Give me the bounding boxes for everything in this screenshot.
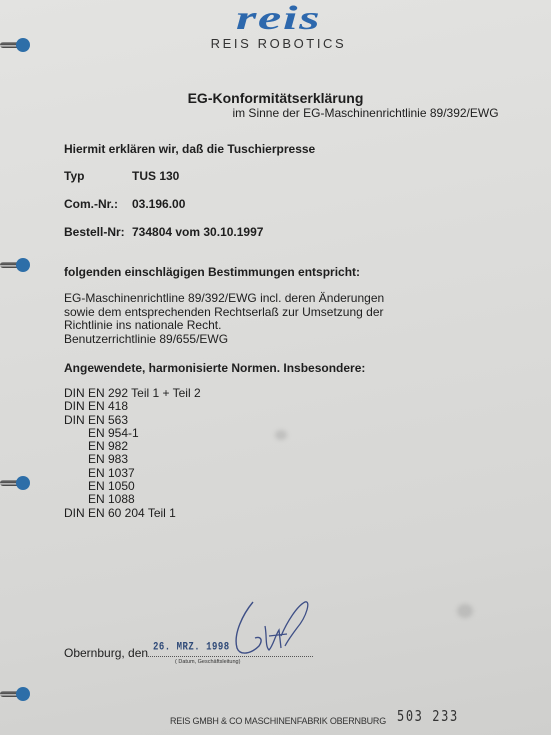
norms-heading: Angewendete, harmonisierte Normen. Insbe…	[64, 361, 365, 375]
smudge	[457, 604, 473, 618]
signature	[225, 596, 315, 658]
provisions-line: sowie dem entsprechenden Rechtserlaß zur…	[64, 306, 384, 320]
smudge	[275, 430, 287, 440]
signature-line	[148, 656, 313, 657]
logo-mark: reis	[166, 6, 391, 32]
intro-text: Hiermit erklären wir, daß die Tuschierpr…	[64, 142, 315, 156]
signature-caption: ( Datum, Geschäftsleitung)	[175, 659, 240, 665]
norm-item: EN 1037	[64, 467, 201, 480]
field-label-order-nr: Bestell-Nr:	[64, 225, 125, 239]
company-footer: REIS GMBH & CO MASCHINENFABRIK OBERNBURG	[170, 716, 386, 726]
provisions-heading: folgenden einschlägigen Bestimmungen ent…	[64, 265, 360, 279]
norm-item: DIN EN 563	[64, 414, 201, 427]
provisions-line: Richtlinie ins nationale Recht.	[64, 319, 384, 333]
field-label-com-nr: Com.-Nr.:	[64, 197, 118, 211]
norm-item: EN 1088	[64, 493, 201, 506]
handwritten-number: 503 233	[397, 707, 459, 725]
binder-ring-icon	[0, 258, 32, 272]
norms-list: DIN EN 292 Teil 1 + Teil 2DIN EN 418DIN …	[64, 387, 201, 520]
norm-item: DIN EN 292 Teil 1 + Teil 2	[64, 387, 201, 400]
logo-subtitle: REIS ROBOTICS	[206, 36, 351, 51]
signature-place: Obernburg, den	[64, 646, 148, 660]
binder-ring-icon	[0, 476, 32, 490]
field-value-order-nr: 734804 vom 30.10.1997	[132, 225, 263, 239]
norm-item: EN 954-1	[64, 427, 201, 440]
norm-item: EN 1050	[64, 480, 201, 493]
norm-item: EN 983	[64, 453, 201, 466]
binder-ring-icon	[0, 687, 32, 701]
document-subtitle: im Sinne der EG-Maschinenrichtlinie 89/3…	[0, 106, 551, 120]
norm-item: EN 982	[64, 440, 201, 453]
provisions-line: Benutzerrichtlinie 89/655/EWG	[64, 333, 384, 347]
date-stamp: 26. MRZ. 1998	[153, 641, 230, 653]
binder-ring-icon	[0, 38, 32, 52]
provisions-text: EG-Maschinenrichtline 89/392/EWG incl. d…	[64, 292, 384, 346]
field-label-type: Typ	[64, 169, 84, 183]
norm-item: DIN EN 60 204 Teil 1	[64, 507, 201, 520]
field-value-type: TUS 130	[132, 169, 179, 183]
field-value-com-nr: 03.196.00	[132, 197, 185, 211]
norm-item: DIN EN 418	[64, 400, 201, 413]
document-page: reis REIS ROBOTICS EG-Konformitätserklär…	[0, 0, 551, 735]
document-title: EG-Konformitätserklärung	[0, 90, 551, 106]
company-logo: reis REIS ROBOTICS	[206, 6, 351, 51]
provisions-line: EG-Maschinenrichtline 89/392/EWG incl. d…	[64, 292, 384, 306]
